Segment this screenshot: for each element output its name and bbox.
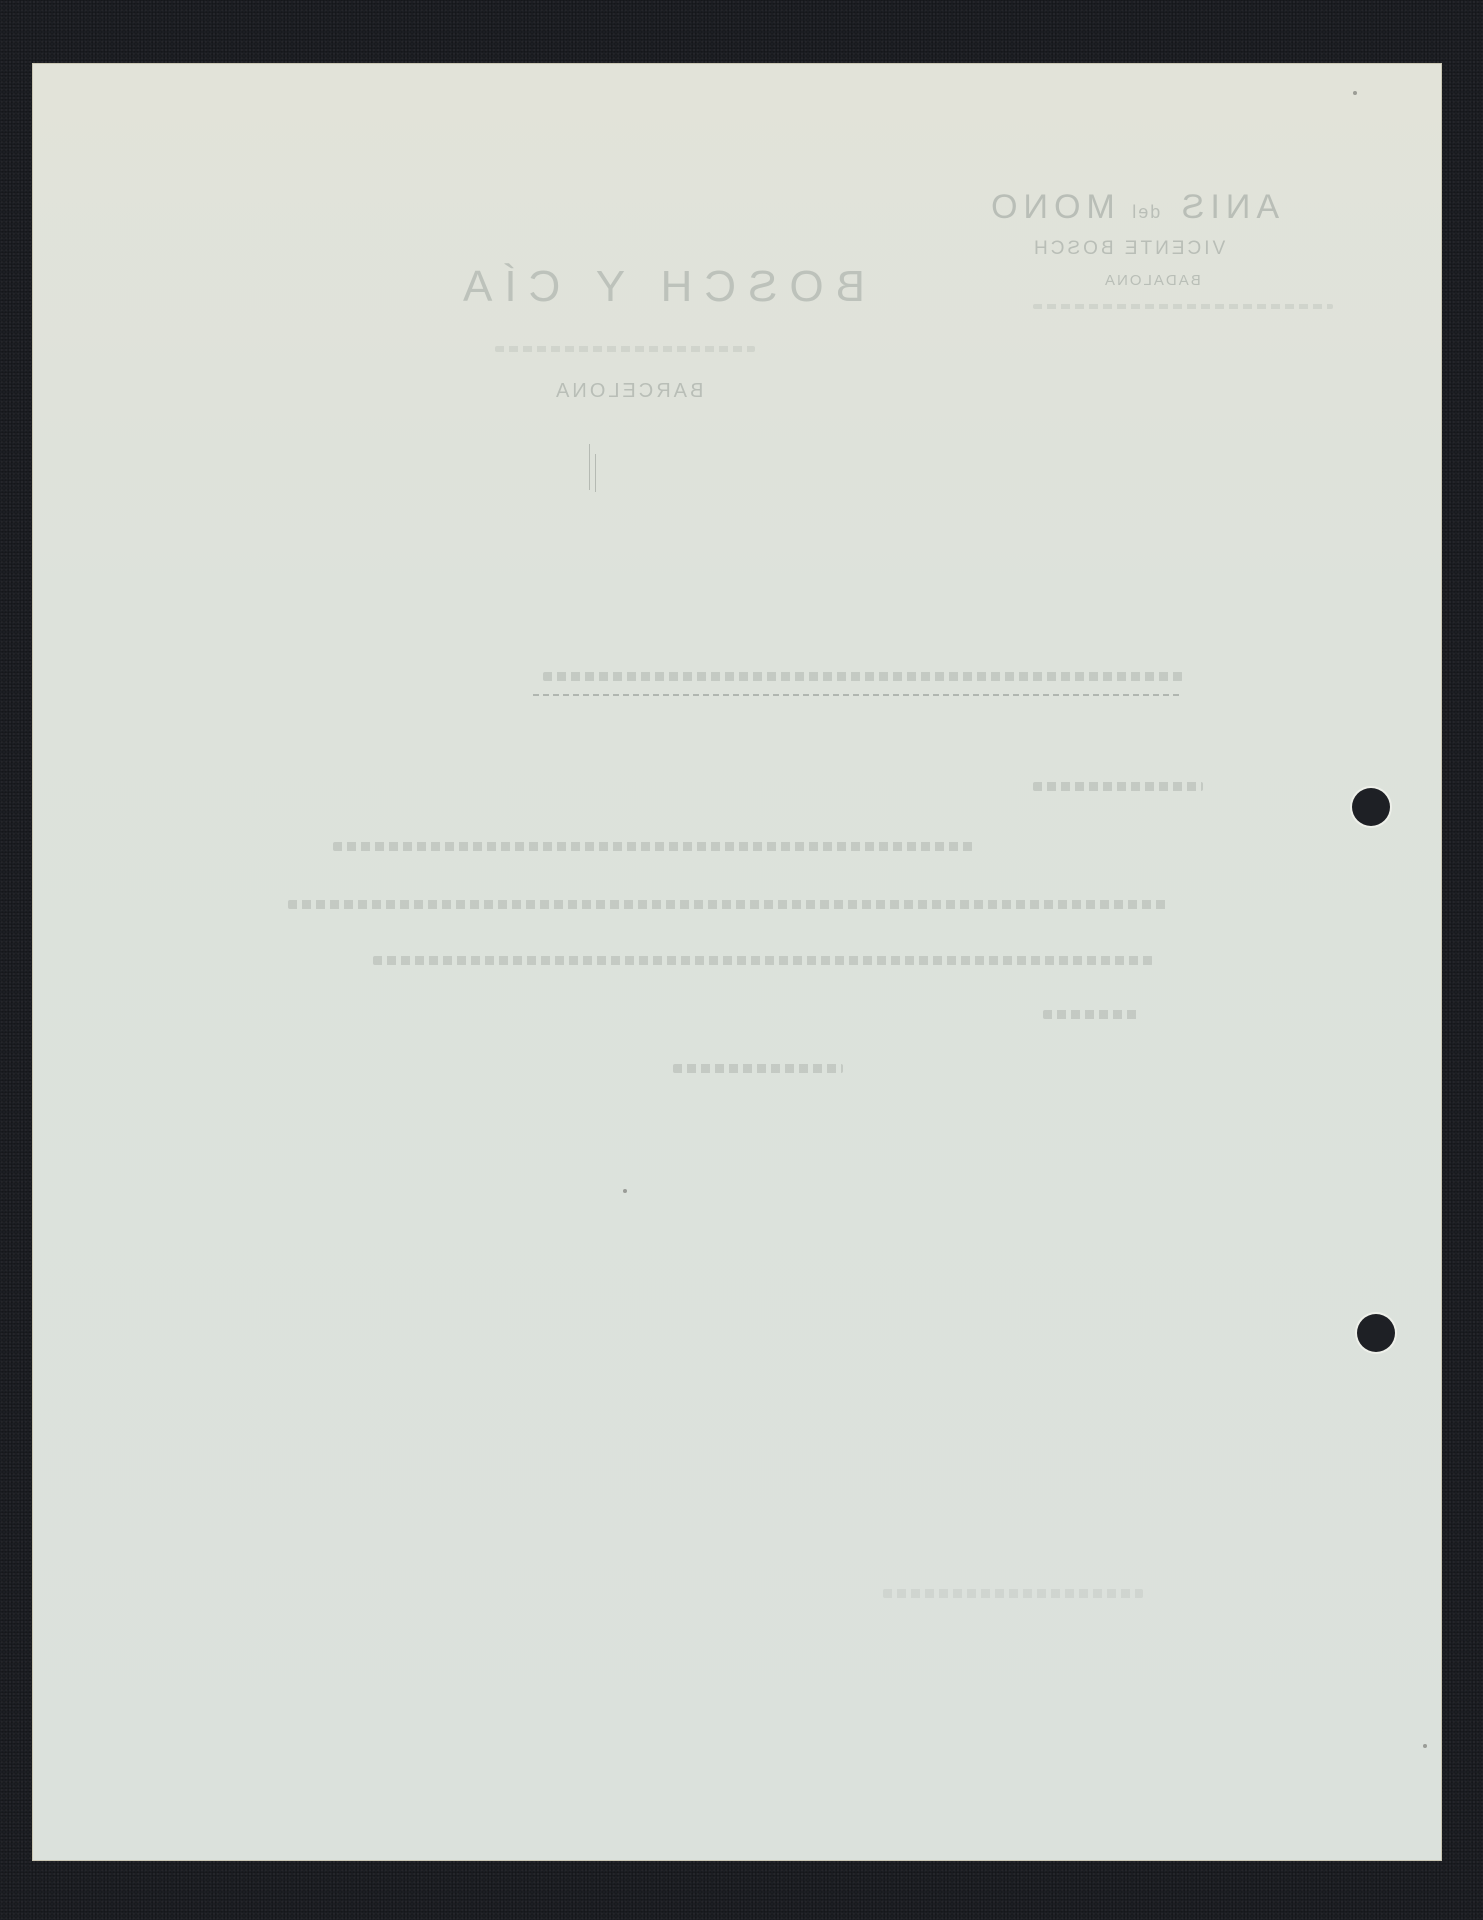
ink-mark bbox=[595, 454, 596, 492]
body-line bbox=[373, 956, 1153, 965]
letterhead-proprietor: VICENTE BOSCH bbox=[1031, 238, 1225, 260]
body-line bbox=[1043, 1010, 1138, 1019]
speck bbox=[623, 1189, 627, 1193]
addressee-line bbox=[543, 672, 1183, 681]
date-line bbox=[883, 1589, 1143, 1598]
closing-line bbox=[673, 1064, 843, 1073]
letter-page: ANIS del MONO VICENTE BOSCH BADALONA BOS… bbox=[33, 64, 1441, 1860]
letterhead-company-subtitle bbox=[495, 346, 755, 352]
letterhead-address-line bbox=[1033, 304, 1333, 309]
ink-mark bbox=[589, 444, 590, 490]
letterhead-brand-connector: del bbox=[1130, 202, 1160, 222]
letterhead-company: BOSCH Y CÍA bbox=[451, 262, 865, 312]
letterhead-brand-name: MONO bbox=[985, 188, 1115, 226]
body-line bbox=[333, 842, 973, 851]
punch-hole bbox=[1357, 1314, 1395, 1352]
letterhead-brand: ANIS del MONO bbox=[985, 188, 1279, 227]
salutation-line bbox=[1033, 782, 1203, 791]
body-line bbox=[288, 900, 1168, 909]
letterhead-company-city: BARCELONA bbox=[553, 380, 703, 403]
addressee-underline bbox=[533, 694, 1183, 696]
speck bbox=[1423, 1744, 1427, 1748]
punch-hole bbox=[1352, 788, 1390, 826]
letterhead-proprietor-city: BADALONA bbox=[1103, 272, 1201, 289]
letterhead-brand-word: ANIS bbox=[1176, 188, 1279, 226]
speck bbox=[1353, 91, 1357, 95]
